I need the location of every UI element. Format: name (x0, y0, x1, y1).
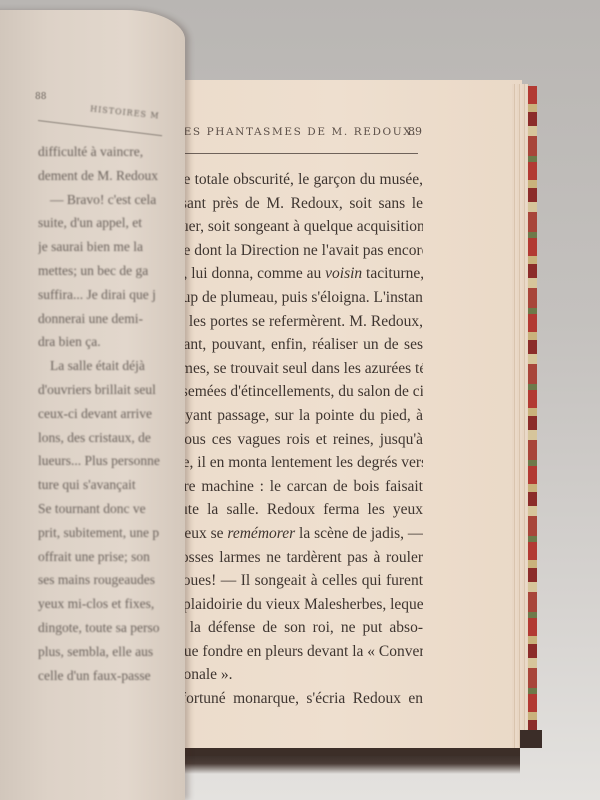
text-line: dingote, toute sa perso (38, 616, 168, 640)
text-line: ès, les portes se refermèrent. M. Redoux… (168, 310, 423, 334)
text-line: elle dont la Direction ne l'avait pas en… (168, 239, 423, 263)
text-line: t que fondre en pleurs devant la « Conve… (168, 640, 423, 664)
text-line: s joues! — Il songeait à celles qui fure… (168, 569, 423, 593)
text-line: s tous ces vagues rois et reines, jusqu'… (168, 428, 423, 452)
text-line: de la défense de son roi, ne put abso- (168, 616, 423, 640)
text-line: difficulté à vaincre, (38, 140, 168, 164)
page-fore-edge (512, 84, 529, 748)
text-line: lueurs... Plus personne (38, 449, 168, 473)
text-line: la plaidoirie du vieux Malesherbes, lequ… (168, 593, 423, 617)
text-fragment: taciturne, un (362, 265, 423, 282)
italic-word: voisin (325, 265, 362, 282)
page-number: 89 (408, 125, 422, 138)
book-photo: LES PHANTASMES DE M. REDOUX. 89 que tota… (0, 0, 600, 800)
text-line: phant, pouvant, enfin, réaliser un de se… (168, 333, 423, 357)
text-line: que totale obscurité, le garçon du musée… (168, 168, 423, 192)
text-line: dement de M. Redoux (38, 164, 168, 188)
text-line: Infortuné monarque, s'écria Redoux en (168, 687, 423, 711)
right-page-text: que totale obscurité, le garçon du musée… (168, 168, 423, 711)
text-line: La salle était déjà (38, 354, 168, 378)
text-fragment: la scène de jadis, — (295, 525, 423, 542)
text-line: ture qui s'avançait (38, 473, 168, 497)
text-line: grosses larmes ne tardèrent pas à rouler (168, 546, 423, 570)
text-line: mettes; un bec de ga (38, 259, 168, 283)
header-rule (160, 153, 418, 154)
left-running-head: HISTOIRES M (90, 104, 160, 120)
text-line: assant près de M. Redoux, soit sans le (168, 192, 423, 216)
text-line: Se tournant donc ve (38, 497, 168, 521)
text-line: asmes, se trouvait seul dans les azurées… (168, 357, 423, 381)
left-page-number: 88 (35, 92, 46, 102)
running-head: LES PHANTASMES DE M. REDOUX. (175, 126, 425, 138)
text-line: frayant passage, sur la pointe du pied, … (168, 404, 423, 428)
text-line: lons, des cristaux, de (38, 426, 168, 450)
text-line: d'ouvriers brillait seul (38, 378, 168, 402)
text-line: yeux mi-clos et fixes, (38, 592, 168, 616)
text-line: s, semées d'étincellements, du salon de … (168, 380, 423, 404)
italic-word: remémorer (227, 525, 295, 542)
text-line: plus, sembla, elle aus (38, 640, 168, 664)
text-line: je saurai bien me la (38, 235, 168, 259)
left-header-rule (38, 120, 162, 136)
text-fragment: comme au (257, 265, 325, 282)
text-line: ceux-ci devant arrive (38, 402, 168, 426)
text-line: ubre machine : le carcan de bois faisait (168, 475, 423, 499)
text-line: toute la salle. Redoux ferma les yeux (168, 498, 423, 522)
text-line: dra bien ça. (38, 330, 168, 354)
text-line: — Bravo! c'est cela (38, 188, 168, 212)
text-line: rquer, soit songeant à quelque acquisiti… (168, 215, 423, 239)
text-line: donnerai une demi- (38, 307, 168, 331)
text-line: suffira... Je dirai que j (38, 283, 168, 307)
book-shadow (150, 748, 520, 774)
marbled-edge (528, 86, 537, 736)
text-line: offrait une prise; son (38, 545, 168, 569)
text-line: ationale ». (168, 663, 423, 687)
book-cover-corner (520, 730, 542, 748)
left-page-curled: 88 HISTOIRES M difficulté à vaincre, dem… (0, 10, 185, 800)
text-line-with-italic: nu, lui donna, comme au voisin taciturne… (168, 262, 423, 286)
text-line: ade, il en monta lentement les degrés ve… (168, 451, 423, 475)
text-line: celle d'un faux-passe (38, 664, 168, 688)
text-line: ses mains rougeaudes (38, 568, 168, 592)
text-line: coup de plumeau, puis s'éloigna. L'insta… (168, 286, 423, 310)
left-page-text: difficulté à vaincre, dement de M. Redou… (38, 140, 168, 687)
text-line: prit, subitement, une p (38, 521, 168, 545)
text-line: suite, d'un appel, et (38, 211, 168, 235)
text-line-with-italic: mieux se remémorer la scène de jadis, — (168, 522, 423, 546)
